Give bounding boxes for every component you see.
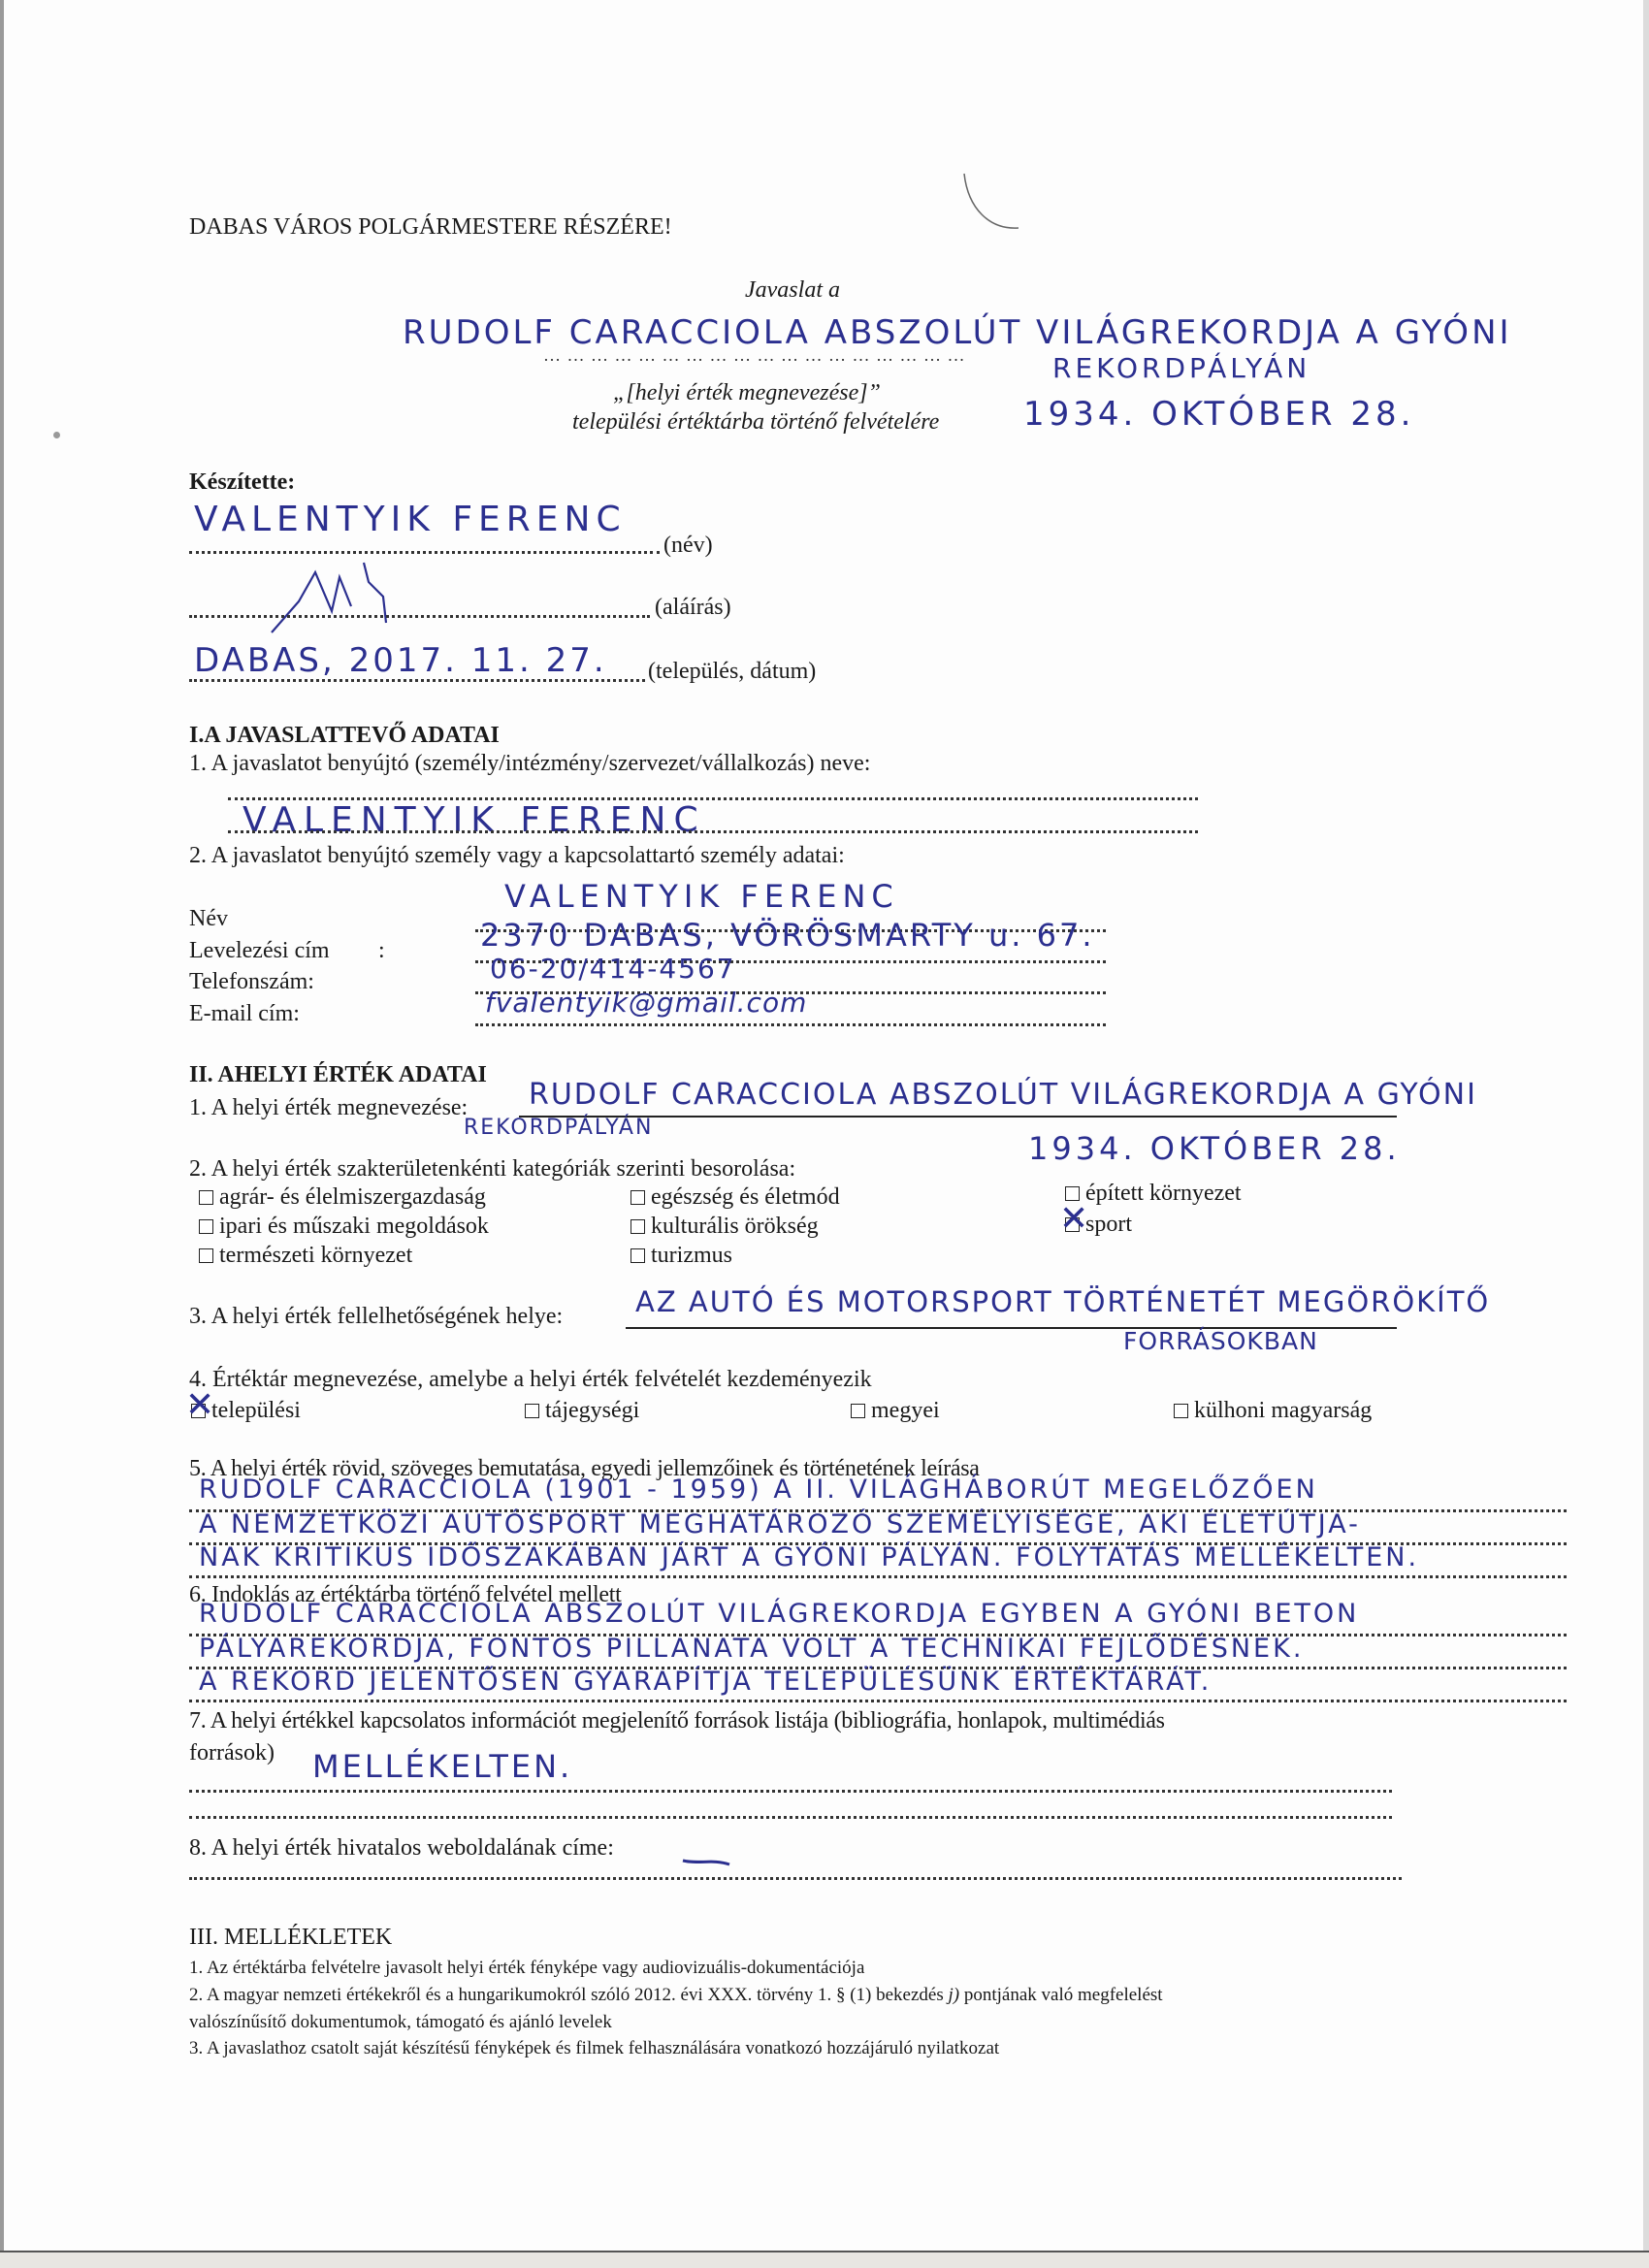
checkbox[interactable]	[199, 1248, 213, 1263]
scan-edge-bottom	[0, 2251, 1649, 2268]
category-label: ipari és műszaki megoldások	[219, 1214, 489, 1239]
place-date-dotted-line	[189, 679, 645, 682]
handwritten-value-name-line2: REKORDPÁLYÁN	[1052, 355, 1310, 382]
repository-telepulesi[interactable]: ✕települési	[191, 1399, 301, 1422]
category-label: sport	[1085, 1212, 1132, 1237]
checkbox[interactable]	[525, 1404, 539, 1418]
checkbox[interactable]	[199, 1190, 213, 1205]
category-sport[interactable]: ✕sport	[1065, 1213, 1132, 1236]
repository-tajegysegi[interactable]: tájegységi	[525, 1399, 639, 1422]
section2-q2: 2. A helyi érték szakterületenkénti kate…	[189, 1157, 795, 1181]
repository-megyei[interactable]: megyei	[851, 1399, 940, 1422]
contact-label-name: Név	[189, 907, 228, 930]
section2-q1: 1. A helyi érték megnevezése:	[189, 1096, 468, 1119]
checkbox[interactable]	[851, 1404, 865, 1418]
handwritten-place-date: DABAS, 2017. 11. 27.	[194, 644, 607, 677]
placeholder-dots: … … … … … … … … … … … … … … … … … …	[543, 345, 966, 366]
contact-email-dotted-line	[475, 1023, 1106, 1026]
attachment-item-2-text: 2. A magyar nemzeti értékekről és a hung…	[189, 1985, 944, 2005]
category-label: egészség és életmód	[651, 1184, 840, 1210]
handwritten-value-date: 1934. OKTÓBER 28.	[1023, 398, 1414, 431]
handwritten-justification-line1: RUDOLF CARACCIOLA ABSZOLÚT VILÁGREKORDJA…	[199, 1601, 1359, 1627]
q7-dotted-line-2	[189, 1816, 1392, 1819]
name-field-label: (név)	[663, 534, 713, 557]
attachment-item-1: 1. Az értéktárba felvételre javasolt hel…	[189, 1959, 864, 1977]
q8-dotted-line	[189, 1877, 1402, 1880]
checkbox[interactable]	[630, 1219, 645, 1234]
handwritten-description-line3: NAK KRITIKUS IDŐSZAKÁBAN JÁRT A GYÓNI PÁ…	[199, 1544, 1419, 1571]
form-subtitle: települési értéktárba történő felvételér…	[572, 410, 939, 434]
handwritten-contact-email: fvalentyik@gmail.com	[485, 989, 807, 1017]
section2-q7-line2: források)	[189, 1741, 275, 1765]
handwritten-sources: MELLÉKELTEN.	[312, 1751, 572, 1782]
section1-q1: 1. A javaslatot benyújtó (személy/intézm…	[189, 752, 870, 775]
handwritten-local-value-line1: RUDOLF CARACCIOLA ABSZOLÚT VILÁGREKORDJA…	[529, 1081, 1477, 1110]
section2-q8: 8. A helyi érték hivatalos weboldalának …	[189, 1836, 614, 1860]
proposal-intro: Javaslat a	[745, 278, 840, 302]
handwritten-location-line2: FORRÁSOKBAN	[1123, 1329, 1318, 1353]
handwritten-signature	[262, 553, 417, 640]
attachment-item-2-continued: valószínűsítő dokumentumok, támogató és …	[189, 2013, 612, 2031]
checkbox[interactable]	[1174, 1404, 1188, 1418]
category-egeszseg[interactable]: egészség és életmód	[630, 1185, 840, 1209]
handwritten-location-line1: AZ AUTÓ ÉS MOTORSPORT TÖRTÉNETÉT MEGÖRÖK…	[635, 1288, 1490, 1316]
pen-stroke-mark	[960, 170, 1038, 238]
handwritten-value-name-line1: RUDOLF CARACCIOLA ABSZOLÚT VILÁGREKORDJA…	[403, 316, 1512, 349]
prepared-by-heading: Készítette:	[189, 470, 295, 494]
handwritten-description-line2: A NEMZETKÖZI AUTÓSPORT MEGHATÁROZÓ SZEMÉ…	[199, 1511, 1361, 1538]
handwritten-local-value-line2: REKORDPÁLYÁN	[464, 1118, 653, 1139]
attachment-item-2-text-end: pontjának való megfelelést	[964, 1985, 1163, 2005]
section1-q2: 2. A javaslatot benyújtó személy vagy a …	[189, 844, 845, 867]
handwritten-preparer-name: VALENTYIK FERENC	[194, 502, 627, 537]
handwritten-contact-phone: 06-20/414-4567	[490, 956, 736, 983]
contact-label-phone: Telefonszám:	[189, 970, 314, 993]
contact-label-email: E-mail cím:	[189, 1002, 300, 1025]
repository-label: külhoni magyarság	[1194, 1398, 1372, 1423]
signature-dotted-line	[189, 615, 650, 618]
section2-heading: II. AHELYI ÉRTÉK ADATAI	[189, 1063, 487, 1086]
signature-field-label: (aláírás)	[655, 596, 731, 619]
section2-q3: 3. A helyi érték fellelhetőségének helye…	[189, 1305, 563, 1328]
repository-label: megyei	[871, 1398, 940, 1423]
repository-kulhoni[interactable]: külhoni magyarság	[1174, 1399, 1372, 1422]
section3-heading: III. MELLÉKLETEK	[189, 1926, 392, 1949]
q6-dotted-line-3	[189, 1700, 1567, 1702]
category-ipari[interactable]: ipari és műszaki megoldások	[199, 1215, 489, 1238]
q7-dotted-line-1	[189, 1790, 1392, 1793]
category-label: épített környezet	[1085, 1181, 1242, 1206]
category-epitett[interactable]: épített környezet	[1065, 1182, 1242, 1205]
category-termeszeti[interactable]: természeti környezet	[199, 1244, 412, 1267]
repository-label: tájegységi	[545, 1398, 639, 1423]
category-turizmus[interactable]: turizmus	[630, 1244, 732, 1267]
category-label: agrár- és élelmiszergazdaság	[219, 1184, 486, 1210]
handwritten-contact-address: 2370 DABAS, VÖRÖSMARTY u. 67.	[480, 920, 1095, 951]
scan-speck	[53, 432, 60, 438]
checkbox[interactable]	[199, 1219, 213, 1234]
section1-heading: I.A JAVASLATTEVŐ ADATAI	[189, 724, 500, 747]
category-label: kulturális örökség	[651, 1214, 819, 1239]
section2-q7-line1: 7. A helyi értékkel kapcsolatos informác…	[189, 1709, 1165, 1733]
category-kulturalis[interactable]: kulturális örökség	[630, 1215, 819, 1238]
scan-edge-right	[1643, 0, 1649, 2268]
checkbox[interactable]	[630, 1190, 645, 1205]
repository-label: települési	[211, 1398, 301, 1423]
category-label: turizmus	[651, 1243, 732, 1268]
place-date-field-label: (település, dátum)	[648, 660, 816, 683]
handwritten-local-value-date: 1934. OKTÓBER 28.	[1028, 1133, 1401, 1164]
handwritten-justification-line2: PÁLYAREKORDJA, FONTOS PILLANATA VOLT A T…	[199, 1636, 1304, 1662]
attachment-item-2: 2. A magyar nemzeti értékekről és a hung…	[189, 1986, 1163, 2004]
category-agrar[interactable]: agrár- és élelmiszergazdaság	[199, 1185, 486, 1209]
contact-address-colon: :	[378, 939, 385, 962]
handwritten-justification-line3: A REKORD JELENTŐSEN GYARAPÍTJA TELEPÜLÉS…	[199, 1669, 1212, 1695]
handwritten-description-line1: RUDOLF CARACCIOLA (1901 - 1959) A II. VI…	[199, 1476, 1318, 1503]
section2-q4: 4. Értéktár megnevezése, amelybe a helyi…	[189, 1368, 872, 1391]
category-label: természeti környezet	[219, 1243, 412, 1268]
checkbox[interactable]	[630, 1248, 645, 1263]
scan-edge-left	[0, 0, 4, 2268]
handwritten-dash-mark	[679, 1853, 737, 1872]
q1-dotted-line-2	[228, 830, 1198, 833]
handwritten-x-mark-icon: ✕	[185, 1388, 214, 1423]
contact-label-address: Levelezési cím	[189, 939, 330, 962]
handwritten-contact-name: VALENTYIK FERENC	[504, 881, 899, 912]
scanned-form-page: DABAS VÁROS POLGÁRMESTERE RÉSZÉRE! Javas…	[0, 0, 1649, 2268]
attachment-item-3: 3. A javaslathoz csatolt saját készítésű…	[189, 2039, 999, 2057]
placeholder-label: „[helyi érték megnevezése]”	[613, 381, 881, 405]
name-dotted-line	[189, 551, 660, 554]
addressee-heading: DABAS VÁROS POLGÁRMESTERE RÉSZÉRE!	[189, 215, 672, 239]
q5-dotted-line-3	[189, 1575, 1567, 1578]
handwritten-x-mark-icon: ✕	[1059, 1202, 1088, 1237]
attachment-item-2-italic: j)	[948, 1985, 959, 2005]
